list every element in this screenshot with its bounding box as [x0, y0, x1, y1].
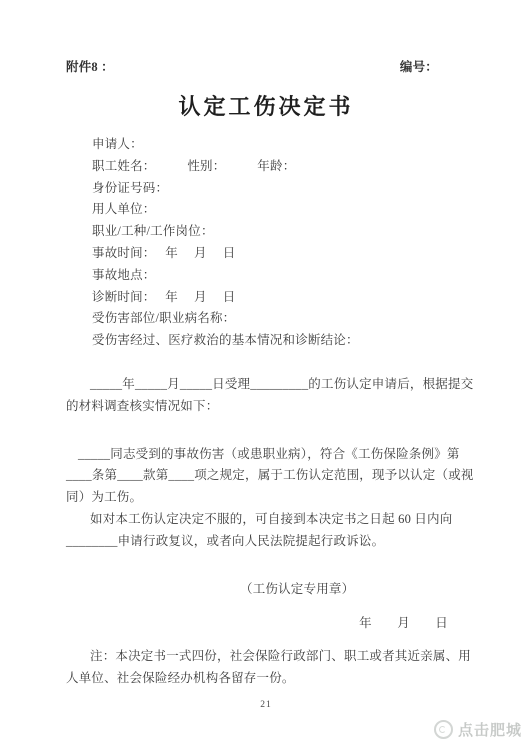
date-line: 年 月 日	[66, 613, 466, 635]
paragraph-line: _____年_____月_____日受理_________的工伤认定申请后，根据…	[66, 374, 466, 396]
field-employer: 用人单位：	[92, 199, 466, 221]
paragraph-line: 如对本工伤认定决定不服的，可自接到本决定书之日起 60 日内向	[66, 509, 466, 531]
note-line: 人单位、社会保险经办机构各留存一份。	[66, 668, 466, 690]
watermark: 点击肥城	[434, 719, 522, 740]
document-page: 附件8 ： 编号： 认定工伤决定书 申请人： 职工姓名： 性别： 年龄： 身份证…	[0, 0, 530, 750]
field-name-sex-age: 职工姓名： 性别： 年龄：	[92, 156, 466, 178]
paragraph-line: 同）为工伤。	[66, 487, 466, 509]
paragraph-line: _____同志受到的事故伤害（或患职业病），符合《工伤保险条例》第	[66, 444, 466, 466]
paragraph-note: 注：本决定书一式四份，社会保险行政部门、职工或者其近亲属、用 人单位、社会保险经…	[66, 646, 466, 690]
field-injury-process: 受伤害经过、医疗救治的基本情况和诊断结论：	[92, 330, 466, 352]
page-title: 认定工伤决定书	[66, 92, 466, 122]
paragraph-line: 的材料调查核实情况如下：	[66, 396, 466, 418]
field-occupation: 职业/工种/工作岗位：	[92, 221, 466, 243]
paragraph-line: ________申请行政复议，或者向人民法院提起行政诉讼。	[66, 531, 466, 553]
paragraph-appeal: 如对本工伤认定决定不服的，可自接到本决定书之日起 60 日内向 ________…	[66, 509, 466, 553]
field-injured-part: 受伤害部位/职业病名称：	[92, 308, 466, 330]
field-id-number: 身份证号码：	[92, 178, 466, 200]
field-accident-time: 事故时间： 年 月 日	[92, 243, 466, 265]
document-header: 附件8 ： 编号：	[66, 58, 466, 76]
number-label: 编号：	[400, 58, 438, 76]
paragraph-line: ____条第____款第____项之规定，属于工伤认定范围，现予以认定（或视	[66, 465, 466, 487]
form-fields: 申请人： 职工姓名： 性别： 年龄： 身份证号码： 用人单位： 职业/工种/工作…	[92, 134, 466, 352]
paragraph-receipt: _____年_____月_____日受理_________的工伤认定申请后，根据…	[66, 374, 466, 418]
paragraph-determination: _____同志受到的事故伤害（或患职业病），符合《工伤保险条例》第 ____条第…	[66, 444, 466, 509]
field-applicant: 申请人：	[92, 134, 466, 156]
attachment-label: 附件8 ：	[66, 58, 114, 76]
note-line: 注：本决定书一式四份，社会保险行政部门、职工或者其近亲属、用	[66, 646, 466, 668]
watermark-text: 点击肥城	[458, 719, 522, 740]
field-diagnosis-time: 诊断时间： 年 月 日	[92, 287, 466, 309]
field-accident-place: 事故地点：	[92, 265, 466, 287]
page-number: 21	[66, 699, 466, 711]
seal-note: （工伤认定专用章）	[66, 579, 466, 601]
watermark-logo-icon	[434, 720, 453, 739]
